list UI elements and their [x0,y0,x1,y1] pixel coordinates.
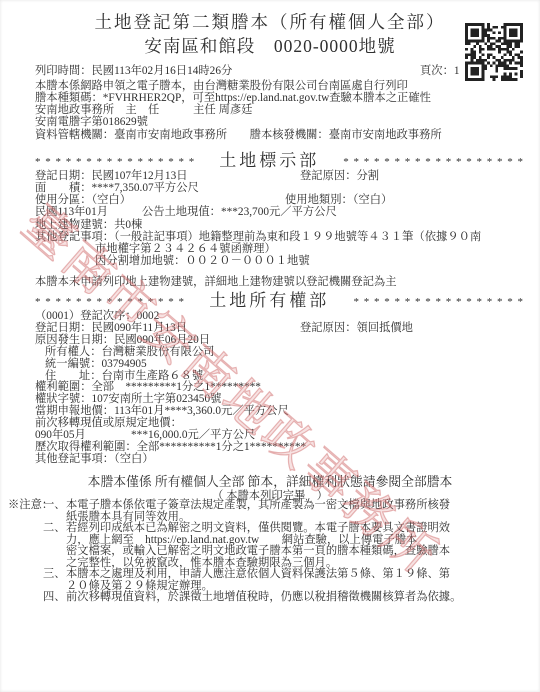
field-declared-value: 當期申報地價：113年01月****3,360.0元／平方公尺 [35,405,289,417]
section-separator-ownership: * * * * * * * * * * * * * * * 土地所有權部 * *… [35,286,524,311]
field-cause-date: 原因發生日期：民國090年06月20日 [35,334,210,346]
header-info: 本謄本係網路申領之電子謄本，由台灣糖業股份有限公司台南區處自行列印 謄本種類碼：… [35,80,442,141]
land-transcript-document: 臺南市安南地政事務所 土地登記第二類謄本（所有權個人全部） 安南區和館段 002… [0,0,540,692]
separator-asterisks: * * * * * * * * * * * * * * * * [35,156,195,171]
field-reg-date: 登記日期：民國090年11月13日 [35,322,187,334]
notice-line: 若經列印成紙本已為解密之明文資料，僅供閱覽。本電子謄本要具文書證明效 [66,523,532,535]
section-separator-land: * * * * * * * * * * * * * * * * 土地標示部 * … [35,146,524,171]
section-title-land-mark: 土地標示部 [219,146,319,171]
separator-asterisks: * * * * * * * * * * * * * * * * * * [343,156,524,171]
notice-item: 四、 前次移轉現值資料，於課徵土地增值稅時，仍應以稅捐稽徵機關核算者為依據。 [43,592,532,604]
separator-asterisks: * * * * * * * * * * * * * * * [35,296,185,311]
field-zoning: 使用分區：（空白） [35,194,131,206]
field-use-type: 使用地類別：（空白） [285,194,392,206]
notice-prefix: ※注意： [8,500,53,512]
field-address: 住 址：台南市生產路６８號 [45,370,203,382]
doc-title: 土地登記第二類謄本（所有權個人全部） [0,9,540,34]
doc-subtitle: 安南區和館段 0020-0000地號 [0,33,540,58]
field-prev-transfer-label: 前次移轉現值或原規定地價： [35,417,182,429]
notice-line: 密文檔案，或輸入已解密之明文地政電子謄本第一頁的謄本種類碼，查驗謄本 [66,546,532,558]
field-rights-scope: 權利範圍：全部 *********1分之1********* [35,381,261,393]
notice-block: ※注意： 一、 本電子謄本係依電子簽章法規定產製，其所產製為一密文檔與地政事務所… [8,500,532,604]
field-row: 民國113年01月 公告土地現值：***23,700元／平方公尺 [35,206,536,218]
field-other-note: 其他登記事項：（空白） [35,453,154,465]
notice-item-text: 本電子謄本係依電子簽章法規定產製，其所產製為一密文檔與地政事務所核發 紙張謄本具… [66,500,532,523]
notice-item: 三、 本謄本之處理及利用，申請人應注意依個人資料保護法第５條、第１９條、第 ２０… [43,569,532,592]
field-reg-reason: 登記原因：分割 [300,170,379,182]
notice-item: 一、 本電子謄本係依電子簽章法規定產製，其所產製為一密文檔與地政事務所核發 紙張… [43,500,532,523]
notice-item-number: 二、 [43,523,66,569]
field-row: 市地權字第２３４２６４號函辦理） [35,243,536,255]
qr-code-icon [462,23,526,81]
field-other-note: 其他登記事項：（一般註記事項）地籍整理前為東和段１９９地號等４３１筆（依據９０南 [35,231,481,243]
notice-item-text: 若經列印成紙本已為解密之明文資料，僅供閱覽。本電子謄本要具文書證明效 力，應上網… [66,523,532,569]
field-deed-no: 權狀字號：107安南所土字第023450號 [35,393,221,405]
separator-asterisks: * * * * * * * * * * * * * * * * * [354,296,525,311]
notice-line: 本電子謄本係依電子簽章法規定產製，其所產製為一密文檔與地政事務所核發 [66,500,532,512]
field-row: 地上建物建號：共0棟 [35,219,536,231]
field-other-note: 因分割增加地號：００２０－０００１地號 [95,255,310,267]
notice-item: 二、 若經列印成紙本已為解密之明文資料，僅供閱覽。本電子謄本要具文書證明效 力，… [43,523,532,569]
header-info-line: 謄本種類碼：*FVHRHER2QP，可至https://ep.land.nat.… [35,92,442,104]
notice-item-number: 三、 [43,569,66,592]
field-row: 登記日期：民國107年12月13日 登記原因：分割 [35,170,536,182]
header-info-line: 資料管轄機關：臺南市安南地政事務所 謄本核發機關：臺南市安南地政事務所 [35,129,442,141]
field-historic-scope: 歷次取得權利範圍：全部**********1分之1********** [35,441,306,453]
field-row: 面 積：****7,350.07平方公尺 [35,182,536,194]
field-row: 使用分區：（空白） 使用地類別：（空白） [35,194,536,206]
field-announced-value: 民國113年01月 公告土地現值：***23,700元／平方公尺 [35,206,337,218]
header-info-line: 安南地政事務所 主 任 主任 周彥廷 [35,104,442,116]
field-area: 面 積：****7,350.07平方公尺 [35,182,199,194]
field-prev-transfer-value: 090年05月 ***16,000.0元／平方公尺 [35,429,255,441]
field-building-count: 地上建物建號：共0棟 [35,219,142,231]
field-row: 其他登記事項：（一般註記事項）地籍整理前為東和段１９９地號等４３１筆（依據９０南 [35,231,536,243]
field-reg-reason: 登記原因：領回抵價地 [300,323,413,335]
land-section-body: 登記日期：民國107年12月13日 登記原因：分割 面 積：****7,350.… [35,170,536,267]
notice-line: 前次移轉現值資料，於課徵土地增值稅時，仍應以稅捐稽徵機關核算者為依據。 [66,592,532,604]
field-other-note: 市地權字第２３４２６４號函辦理） [95,243,276,255]
section-title-ownership: 土地所有權部 [209,286,329,311]
header-info-line: 本謄本係網路申領之電子謄本，由台灣糖業股份有限公司台南區處自行列印 [35,80,442,92]
notice-item-text: 前次移轉現值資料，於課徵土地增值稅時，仍應以稅捐稽徵機關核算者為依據。 [66,592,532,604]
field-row: 因分割增加地號：００２０－０００１地號 [35,255,536,267]
header-info-line: 安南電謄字第018629號 [35,116,442,128]
notice-item-number: 四、 [43,592,66,604]
field-reg-order: （0001）登記次序：0002 [35,310,159,322]
field-row: 其他登記事項：（空白） [35,454,536,466]
notice-item-text: 本謄本之處理及利用，申請人應注意依個人資料保護法第５條、第１９條、第 ２０條及第… [66,569,532,592]
print-time: 列印時間：民國113年02月16日14時26分 [35,62,232,78]
field-reg-date: 登記日期：民國107年12月13日 [35,170,188,182]
ownership-section-body: （0001）登記次序：0002 登記日期：民國090年11月13日 登記原因：領… [35,311,536,466]
page-number: 頁次：1 [420,62,460,78]
field-owner: 所有權人：台灣糖業股份有限公司 [45,346,214,358]
field-uid: 統一編號：03794905 [45,358,147,370]
